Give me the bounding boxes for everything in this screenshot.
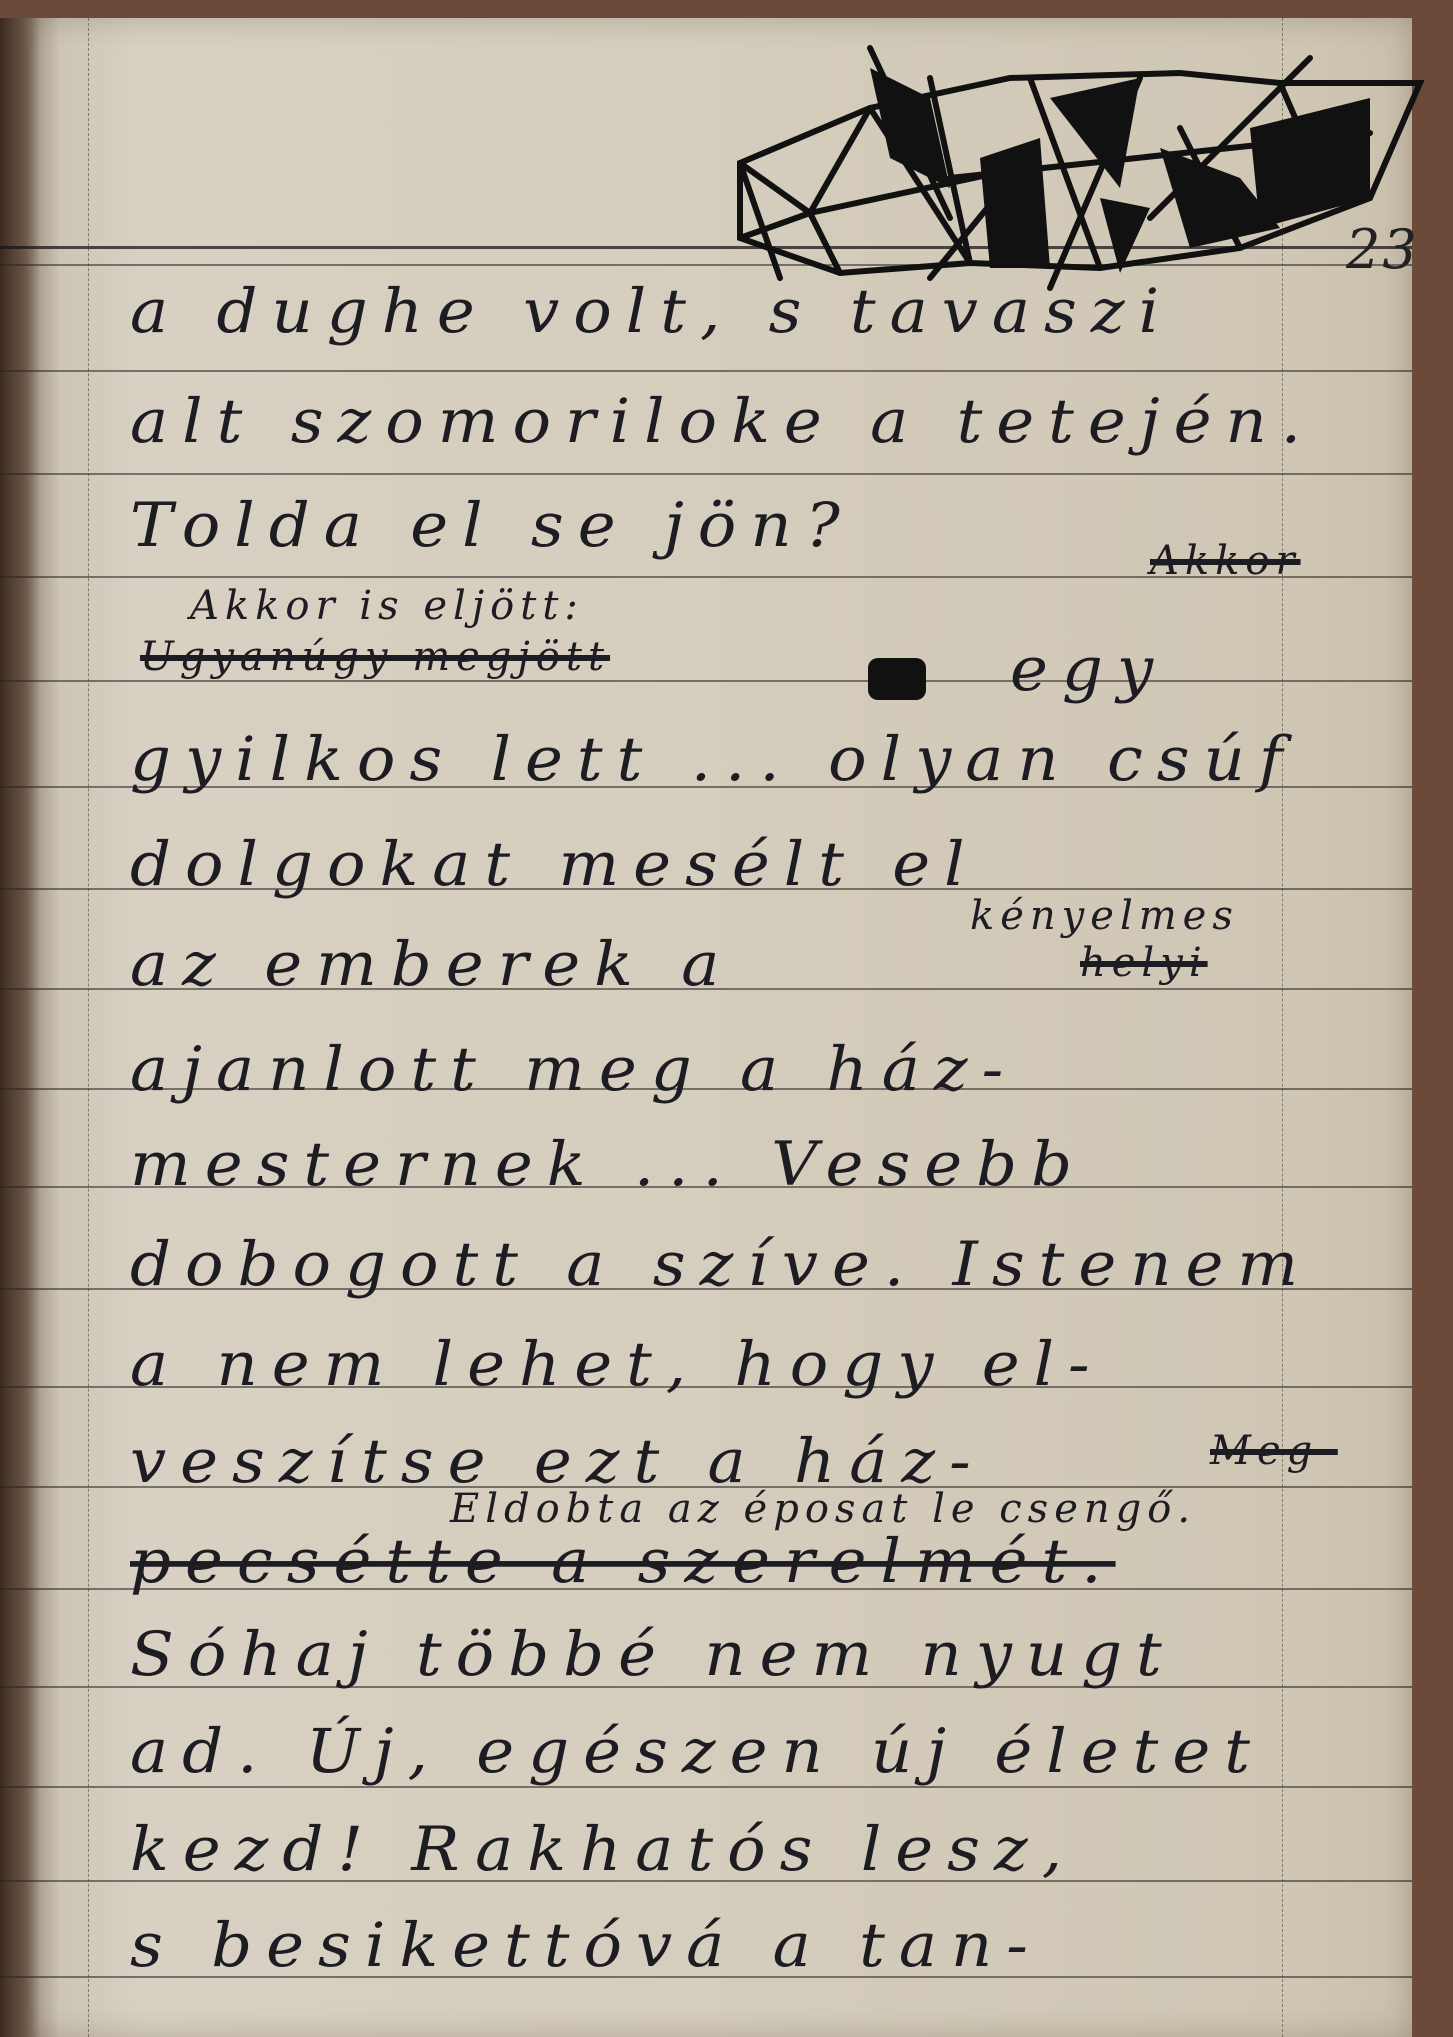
handwritten-line: ajanlott meg a ház- bbox=[130, 1040, 1390, 1101]
handwritten-line: a nem lehet, hogy el- bbox=[130, 1335, 1390, 1396]
struck-text: Ugyanúgy megjött bbox=[140, 634, 610, 680]
ruling-line bbox=[0, 370, 1412, 372]
struck-word: Akkor bbox=[1150, 538, 1301, 584]
handwritten-line: dobogott a szíve. Istenem bbox=[130, 1235, 1390, 1296]
handwritten-line: mesternek ... Vesebb bbox=[130, 1135, 1390, 1196]
handwritten-line: Sóhaj többé nem nyugt bbox=[130, 1625, 1390, 1686]
left-margin-line bbox=[88, 18, 90, 2037]
handwritten-line: veszítse ezt a ház- bbox=[130, 1432, 1390, 1493]
inserted-text: Akkor is eljött: bbox=[190, 583, 584, 629]
notebook-page: 23 a dughe volt, s tavaszi alt szomorilo… bbox=[0, 18, 1412, 2037]
handwritten-line: s besikettóvá a tan- bbox=[130, 1916, 1390, 1977]
handwritten-line: egy bbox=[1010, 640, 1210, 701]
handwritten-line: kezd! Rakhatós lesz, bbox=[130, 1820, 1390, 1881]
ruling-line bbox=[0, 473, 1412, 475]
handwritten-line: gyilkos lett ... olyan csúf bbox=[130, 730, 1390, 791]
handwritten-line: a dughe volt, s tavaszi bbox=[130, 282, 1390, 343]
struck-word: Meg- bbox=[1210, 1428, 1338, 1474]
struck-line: pecsétte a szerelmét. bbox=[130, 1532, 1390, 1593]
page-number: 23 bbox=[1346, 218, 1419, 281]
geometric-ink-drawing-icon bbox=[720, 38, 1440, 298]
handwritten-line: alt szomoriloke a tetején. bbox=[130, 392, 1390, 453]
inserted-text: kényelmes bbox=[970, 893, 1239, 939]
handwritten-line: dolgokat mesélt el bbox=[130, 835, 1390, 896]
handwritten-line: ad. Új, egészen új életet bbox=[130, 1722, 1390, 1783]
notebook-binding bbox=[0, 18, 40, 2037]
inserted-text: Eldobta az éposat le csengő. bbox=[450, 1486, 1196, 1532]
ink-blot bbox=[868, 658, 926, 700]
struck-word: helyi bbox=[1080, 940, 1208, 986]
